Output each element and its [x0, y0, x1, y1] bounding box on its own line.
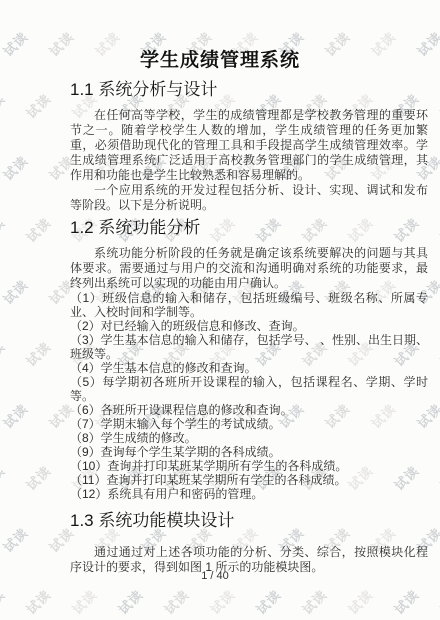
list-item: （2）对已经输入的班级信息和修改、查询。 [70, 319, 428, 333]
list-item: （4）学生基本信息的修改和查询。 [70, 361, 428, 375]
page-number: 1 / 40 [70, 570, 360, 582]
list-item: （3）学生基本信息的输入和储存，包括学号、 、性别、出生日期、班级等。 [70, 333, 428, 361]
watermark-text: 试读 [343, 585, 376, 618]
list-item: （12）系统具有用户和密码的管理。 [70, 487, 428, 501]
section-heading: 1.3 系统功能模块设计 [70, 511, 428, 531]
watermark-text: 试读 [159, 585, 192, 618]
document-page: 试读试读试读试读试读试读试读试读试读试读试读试读试读试读试读试读试读试读试读试读… [0, 0, 440, 620]
paragraph: 在任何高等学校，学生的成绩管理都是学校教务管理的重要环节之一。随着学校学生人数的… [70, 108, 428, 183]
list-item: （11）查询并打印某班某学期所有学生的各科成绩。 [70, 473, 428, 487]
watermark-text: 试读 [435, 585, 440, 618]
list-item: （1）班级信息的输入和储存，包括班级编号、班级名称、所属专业、入校时间和学制等。 [70, 291, 428, 319]
watermark-text: 试读 [21, 585, 54, 618]
list-item: （5）每学期初各班所开设课程的输入，包括课程名、学期、学时等。 [70, 375, 428, 403]
section-heading: 1.2 系统功能分析 [70, 218, 428, 238]
page-title: 学生成绩管理系统 [70, 48, 370, 74]
section-heading: 1.1 系统分析与设计 [70, 80, 428, 100]
watermark-text: 试读 [297, 585, 330, 618]
list-item: （9）查询每个学生某学期的各科成绩。 [70, 445, 428, 459]
watermark-text: 试读 [0, 585, 9, 618]
watermark-text: 试读 [251, 585, 284, 618]
paragraph: 一个应用系统的开发过程包括分析、设计、实现、调试和发布等阶段。以下是分析说明。 [70, 183, 428, 213]
list-item: （7）学期末输入每个学生的考试成绩。 [70, 417, 428, 431]
section-1-3: 1.3 系统功能模块设计 通过通过对上述各项功能的分析、分类、综合，按照模块化程… [70, 511, 428, 575]
list-item: （8）学生成绩的修改。 [70, 431, 428, 445]
section-1-2: 1.2 系统功能分析 系统功能分析阶段的任务就是确定该系统要解决的问题与其具体要… [70, 218, 428, 501]
feature-list: （1）班级信息的输入和储存，包括班级编号、班级名称、所属专业、入校时间和学制等。… [70, 291, 428, 501]
watermark-text: 试读 [205, 585, 238, 618]
paragraph: 系统功能分析阶段的任务就是确定该系统要解决的问题与其具体要求。需要通过与用户的交… [70, 246, 428, 291]
watermark-text: 试读 [113, 585, 146, 618]
list-item: （6）各班所开设课程信息的修改和查询。 [70, 403, 428, 417]
document-content: 学生成绩管理系统 1.1 系统分析与设计 在任何高等学校，学生的成绩管理都是学校… [0, 0, 440, 575]
watermark-text: 试读 [389, 585, 422, 618]
watermark-text: 试读 [67, 585, 100, 618]
section-1-1: 1.1 系统分析与设计 在任何高等学校，学生的成绩管理都是学校教务管理的重要环节… [70, 80, 428, 213]
list-item: （10）查询并打印某班某学期所有学生的各科成绩。 [70, 459, 428, 473]
